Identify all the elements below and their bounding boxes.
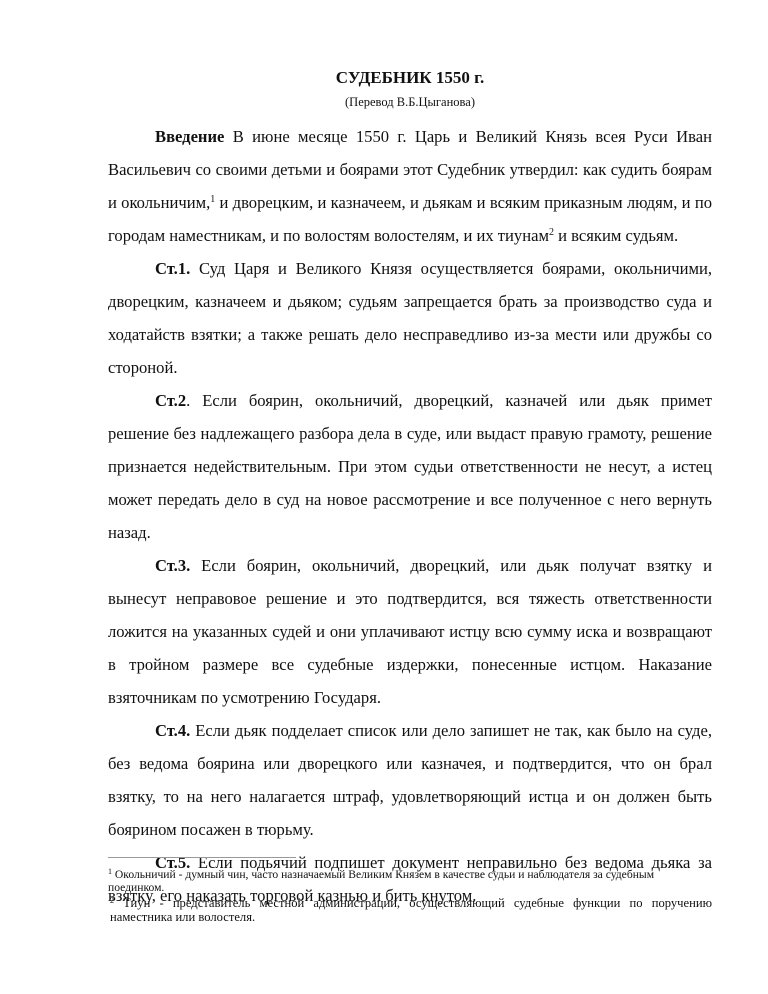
paragraph-article-1: Ст.1. Суд Царя и Великого Князя осуществ… <box>108 252 712 384</box>
paragraph-introduction: Введение В июне месяце 1550 г. Царь и Ве… <box>108 120 712 252</box>
document-body: Введение В июне месяце 1550 г. Царь и Ве… <box>108 120 712 912</box>
footnote-separator <box>108 857 296 858</box>
paragraph-article-2: Ст.2. Если боярин, окольничий, дворецкий… <box>108 384 712 549</box>
paragraph-text: Если дьяк подделает список или дело запи… <box>108 721 712 839</box>
paragraph-label: Ст.4. <box>155 721 190 740</box>
footnote-2: 2 Тиун - представитель местной администр… <box>110 896 712 924</box>
footnote-text: Тиун - представитель местной администрац… <box>110 896 712 924</box>
paragraph-article-3: Ст.3. Если боярин, окольничий, дворецкий… <box>108 549 712 714</box>
paragraph-label: Ст.1. <box>155 259 190 278</box>
paragraph-label: Ст.3. <box>155 556 190 575</box>
document-subtitle: (Перевод В.Б.Цыганова) <box>108 95 712 110</box>
paragraph-text: . Если боярин, окольничий, дворецкий, ка… <box>108 391 712 542</box>
paragraph-text: Суд Царя и Великого Князя осуществляется… <box>108 259 712 377</box>
paragraph-text: и всяким судьям. <box>554 226 678 245</box>
paragraph-article-4: Ст.4. Если дьяк подделает список или дел… <box>108 714 712 846</box>
footnote-text: Окольничий - думный чин, часто назначаем… <box>108 868 654 894</box>
document-title: СУДЕБНИК 1550 г. <box>108 68 712 88</box>
paragraph-label: Ст.2 <box>155 391 186 410</box>
paragraph-label: Введение <box>155 127 224 146</box>
footnote-1: 1 Окольничий - думный чин, часто назнача… <box>108 868 712 894</box>
footnotes: 1 Окольничий - думный чин, часто назнача… <box>108 868 712 924</box>
paragraph-text: Если боярин, окольничий, дворецкий, или … <box>108 556 712 707</box>
